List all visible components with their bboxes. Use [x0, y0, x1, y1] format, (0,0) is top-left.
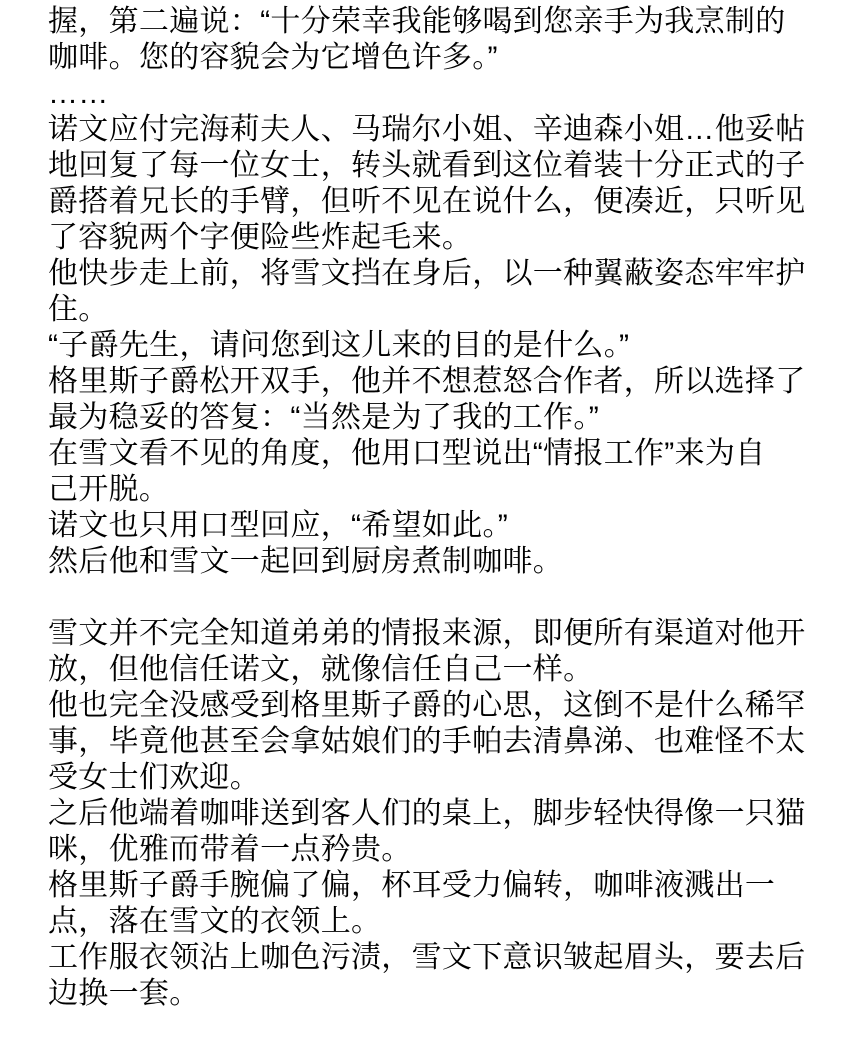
- text-line: 握，第二遍说：“十分荣幸我能够喝到您亲手为我烹制的: [48, 4, 818, 40]
- text-line: 雪文并不完全知道弟弟的情报来源，即便所有渠道对他开: [48, 616, 818, 652]
- text-line: 他也完全没感受到格里斯子爵的心思，这倒不是什么稀罕: [48, 688, 818, 724]
- text-line: 地回复了每一位女士，转头就看到这位着装十分正式的子: [48, 148, 818, 184]
- text-line: [48, 580, 818, 616]
- text-line: “子爵先生，请问您到这儿来的目的是什么。”: [48, 328, 818, 364]
- text-line: 咖啡。您的容貌会为它增色许多。”: [48, 40, 818, 76]
- text-line: 己开脱。: [48, 472, 818, 508]
- reading-page: 握，第二遍说：“十分荣幸我能够喝到您亲手为我烹制的咖啡。您的容貌会为它增色许多。…: [0, 0, 850, 1053]
- text-line: 工作服衣领沾上咖色污渍，雪文下意识皱起眉头，要去后: [48, 940, 818, 976]
- text-line: 格里斯子爵松开双手，他并不想惹怒合作者，所以选择了: [48, 364, 818, 400]
- text-line: 诺文应付完海莉夫人、马瑞尔小姐、辛迪森小姐…他妥帖: [48, 112, 818, 148]
- text-line: 受女士们欢迎。: [48, 760, 818, 796]
- text-line: 诺文也只用口型回应，“希望如此。”: [48, 508, 818, 544]
- text-line: 事，毕竟他甚至会拿姑娘们的手帕去清鼻涕、也难怪不太: [48, 724, 818, 760]
- text-line: 点，落在雪文的衣领上。: [48, 904, 818, 940]
- text-line: 最为稳妥的答复：“当然是为了我的工作。”: [48, 400, 818, 436]
- text-line: 在雪文看不见的角度，他用口型说出“情报工作”来为自: [48, 436, 818, 472]
- novel-text-block: 握，第二遍说：“十分荣幸我能够喝到您亲手为我烹制的咖啡。您的容貌会为它增色许多。…: [48, 4, 818, 1012]
- text-line: 格里斯子爵手腕偏了偏，杯耳受力偏转，咖啡液溅出一: [48, 868, 818, 904]
- text-line: 咪，优雅而带着一点矜贵。: [48, 832, 818, 868]
- text-line: 之后他端着咖啡送到客人们的桌上，脚步轻快得像一只猫: [48, 796, 818, 832]
- text-line: 然后他和雪文一起回到厨房煮制咖啡。: [48, 544, 818, 580]
- text-line: 放，但他信任诺文，就像信任自己一样。: [48, 652, 818, 688]
- text-line: ……: [48, 76, 818, 112]
- text-line: 他快步走上前，将雪文挡在身后，以一种翼蔽姿态牢牢护: [48, 256, 818, 292]
- text-line: 边换一套。: [48, 976, 818, 1012]
- text-line: 爵搭着兄长的手臂，但听不见在说什么，便凑近，只听见: [48, 184, 818, 220]
- text-line: 住。: [48, 292, 818, 328]
- text-line: 了容貌两个字便险些炸起毛来。: [48, 220, 818, 256]
